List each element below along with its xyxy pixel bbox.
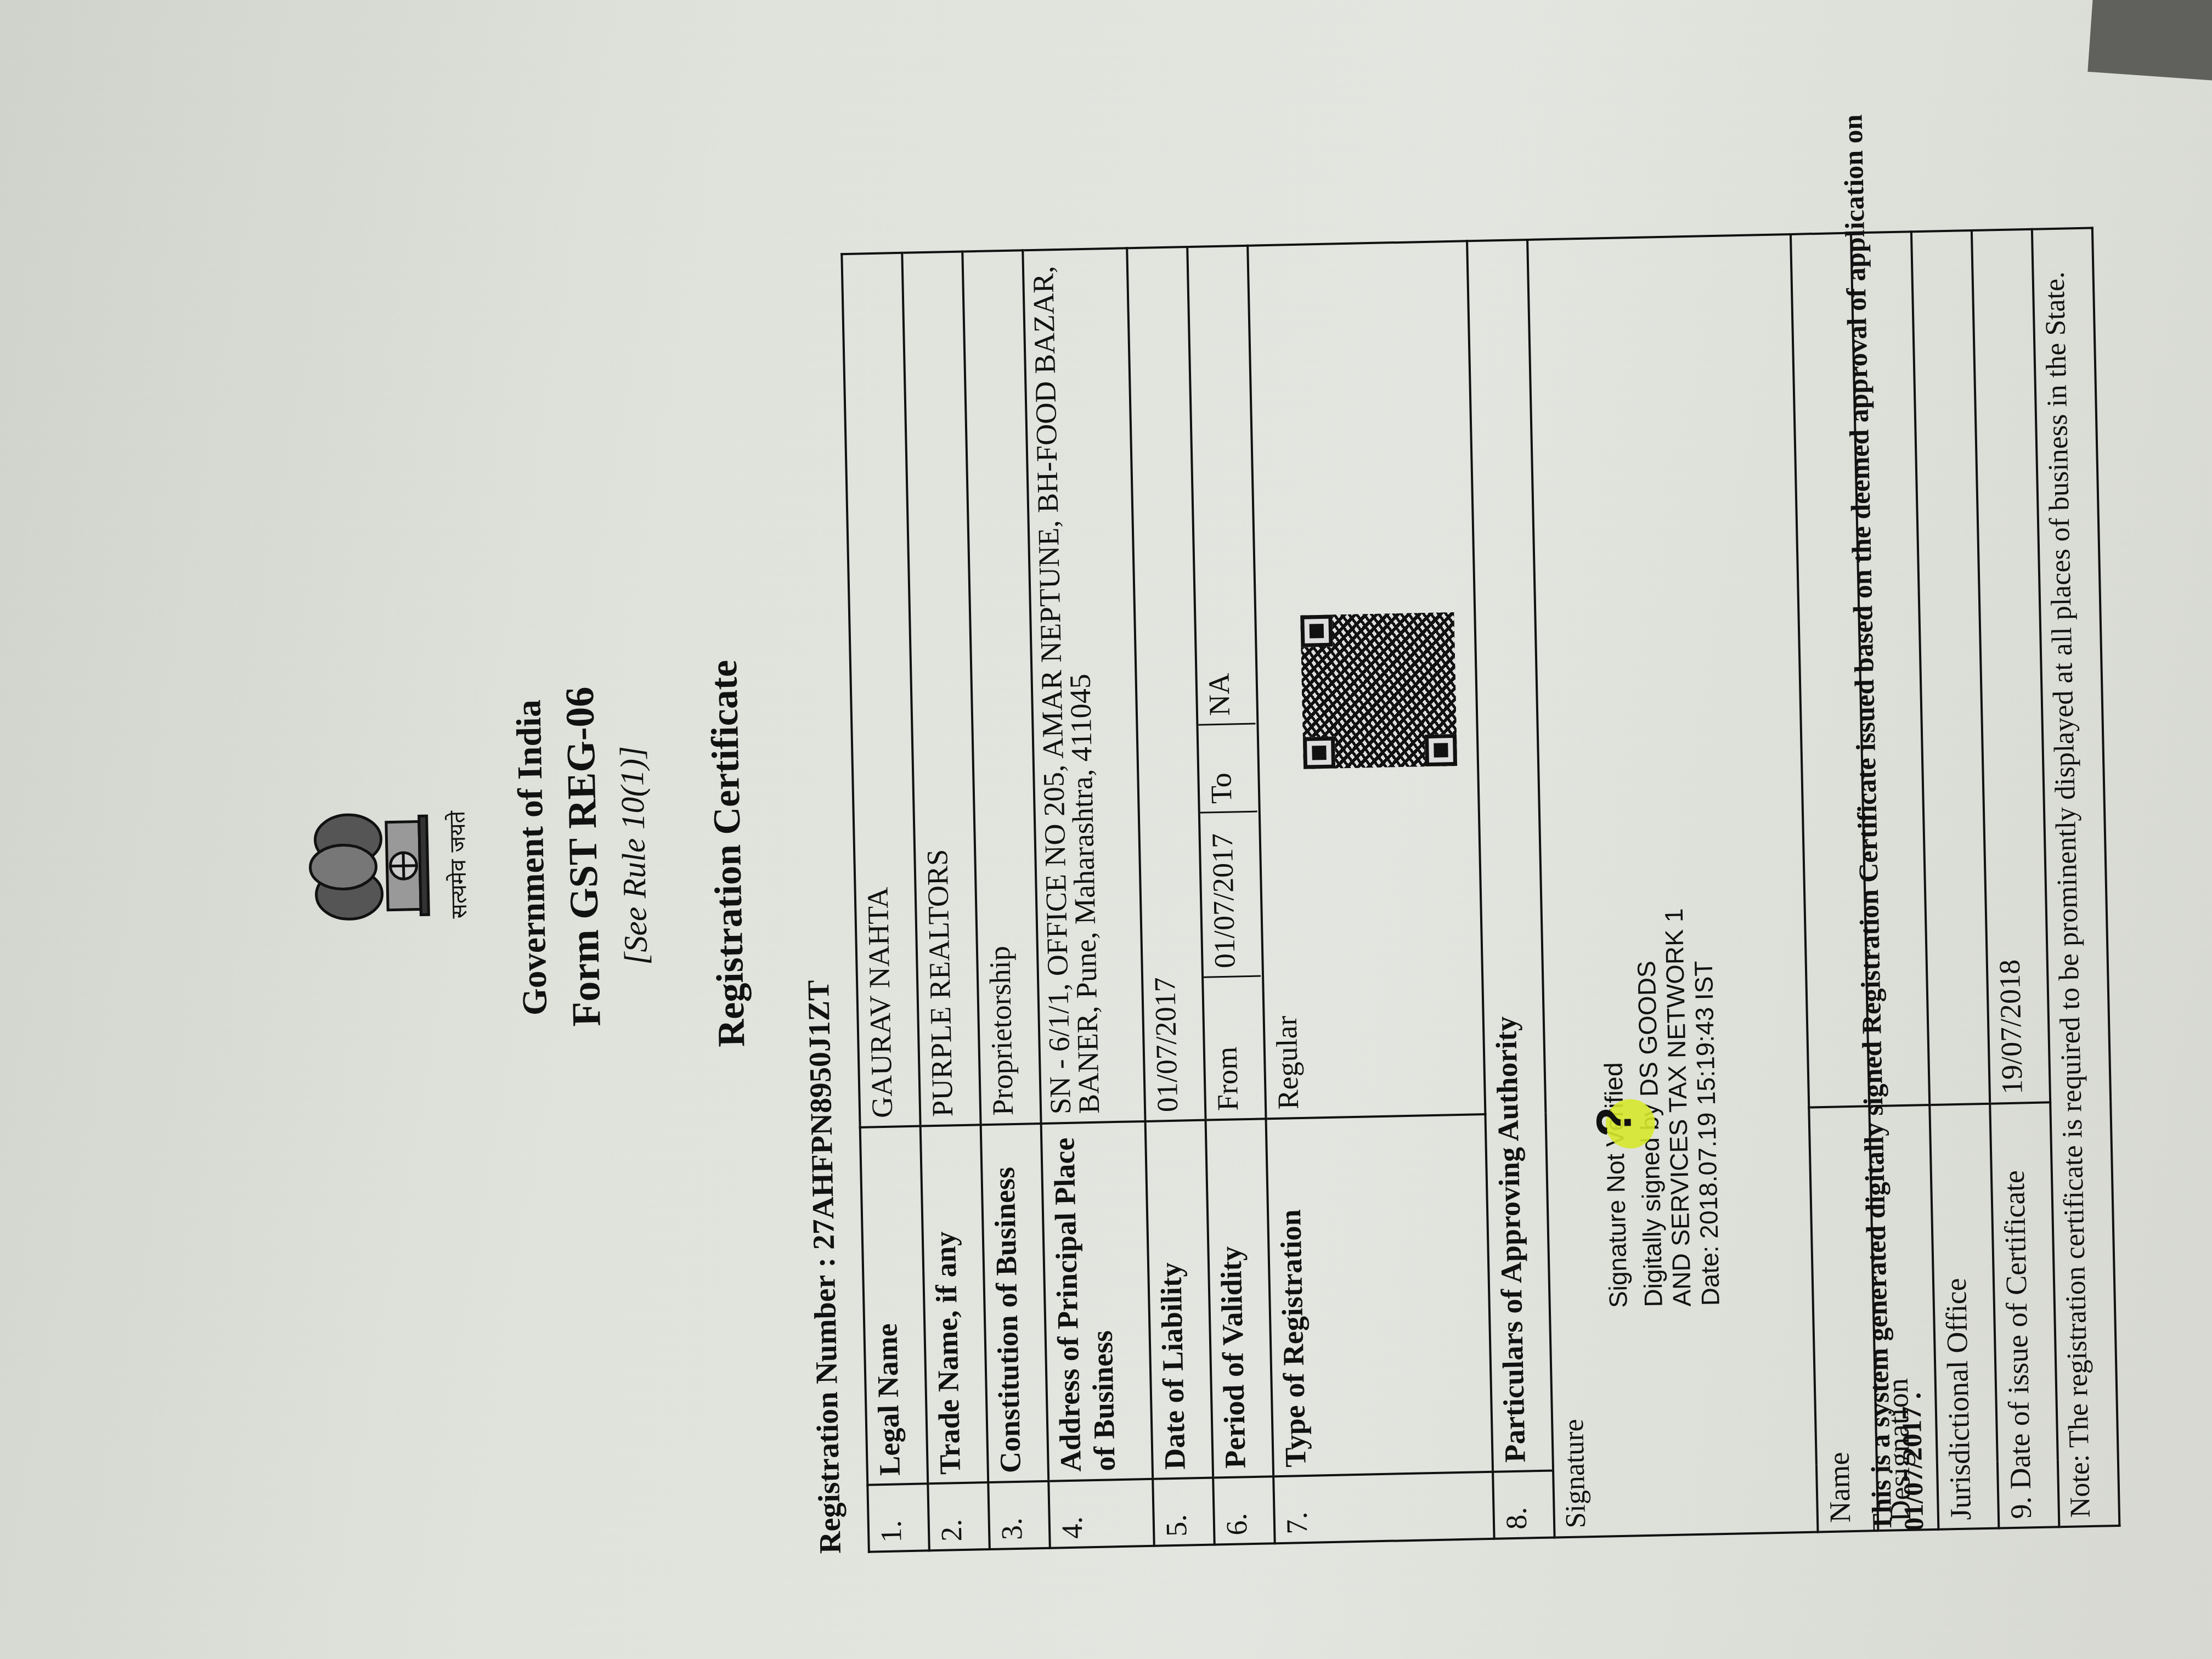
registration-type-value: Regular — [1270, 1015, 1305, 1110]
monitor-bezel — [2087, 0, 2212, 82]
document-header: Government of India Form GST REG-06 [See… — [492, 107, 766, 1604]
row-number: 8. — [1493, 1471, 1555, 1539]
row-label: Date of Liability — [1145, 1120, 1214, 1479]
certificate-table: 1. Legal Name GAURAV NAHTA 2. Trade Name… — [840, 227, 2120, 1553]
emblem-motto: सत्यमेव जयते — [441, 799, 473, 931]
certificate-title: Registration Certificate — [691, 107, 766, 1600]
row-number: 2. — [928, 1482, 990, 1550]
row-label: Type of Registration — [1266, 1114, 1493, 1476]
jurisdictional-office-label: Jurisdictional Office — [1929, 1104, 1999, 1530]
row-label: Trade Name, if any — [921, 1125, 989, 1483]
row-number: 4. — [1048, 1479, 1154, 1548]
row-label: Address of Principal Place of Business — [1041, 1121, 1153, 1481]
row-number: 7. — [1273, 1472, 1494, 1543]
row-number: 6. — [1213, 1476, 1275, 1544]
row-number: 5. — [1153, 1478, 1215, 1546]
table-row-signature: Signature Signature Not Verified Digital… — [1527, 234, 1818, 1538]
national-emblem-icon — [303, 799, 449, 934]
validity-from-label: From — [1204, 975, 1263, 1119]
row-label: Legal Name — [860, 1126, 928, 1485]
signature-cell: Signature Signature Not Verified Digital… — [1527, 234, 1818, 1538]
validity-to-label: To — [1198, 723, 1257, 812]
row-label: Constitution of Business — [981, 1124, 1049, 1482]
registration-type-cell: Regular — [1248, 241, 1485, 1119]
row-number: 3. — [988, 1481, 1050, 1549]
digital-signature-block[interactable]: Signature Not Verified Digitally signed … — [1582, 245, 1725, 1330]
validity-to-value: NA — [1188, 247, 1255, 724]
address-value: SN - 6/1/1, OFFICE NO 205, AMAR NEPTUNE,… — [1023, 248, 1145, 1124]
date-of-issue-label: 9. Date of issue of Certificate — [1990, 1102, 2059, 1528]
row-number: 1. — [867, 1483, 929, 1551]
table-row-type-of-registration: 7. Type of Registration Regular — [1248, 241, 1494, 1543]
row-label: Period of Validity — [1206, 1119, 1274, 1477]
qr-code-icon — [1300, 612, 1457, 769]
validity-from-value: 01/07/2017 — [1200, 811, 1261, 977]
registration-number: Registration Number : 27AHFPN8950J1ZT — [801, 980, 848, 1554]
certificate-page: सत्यमेव जयते Government of India Form GS… — [289, 81, 1993, 1608]
